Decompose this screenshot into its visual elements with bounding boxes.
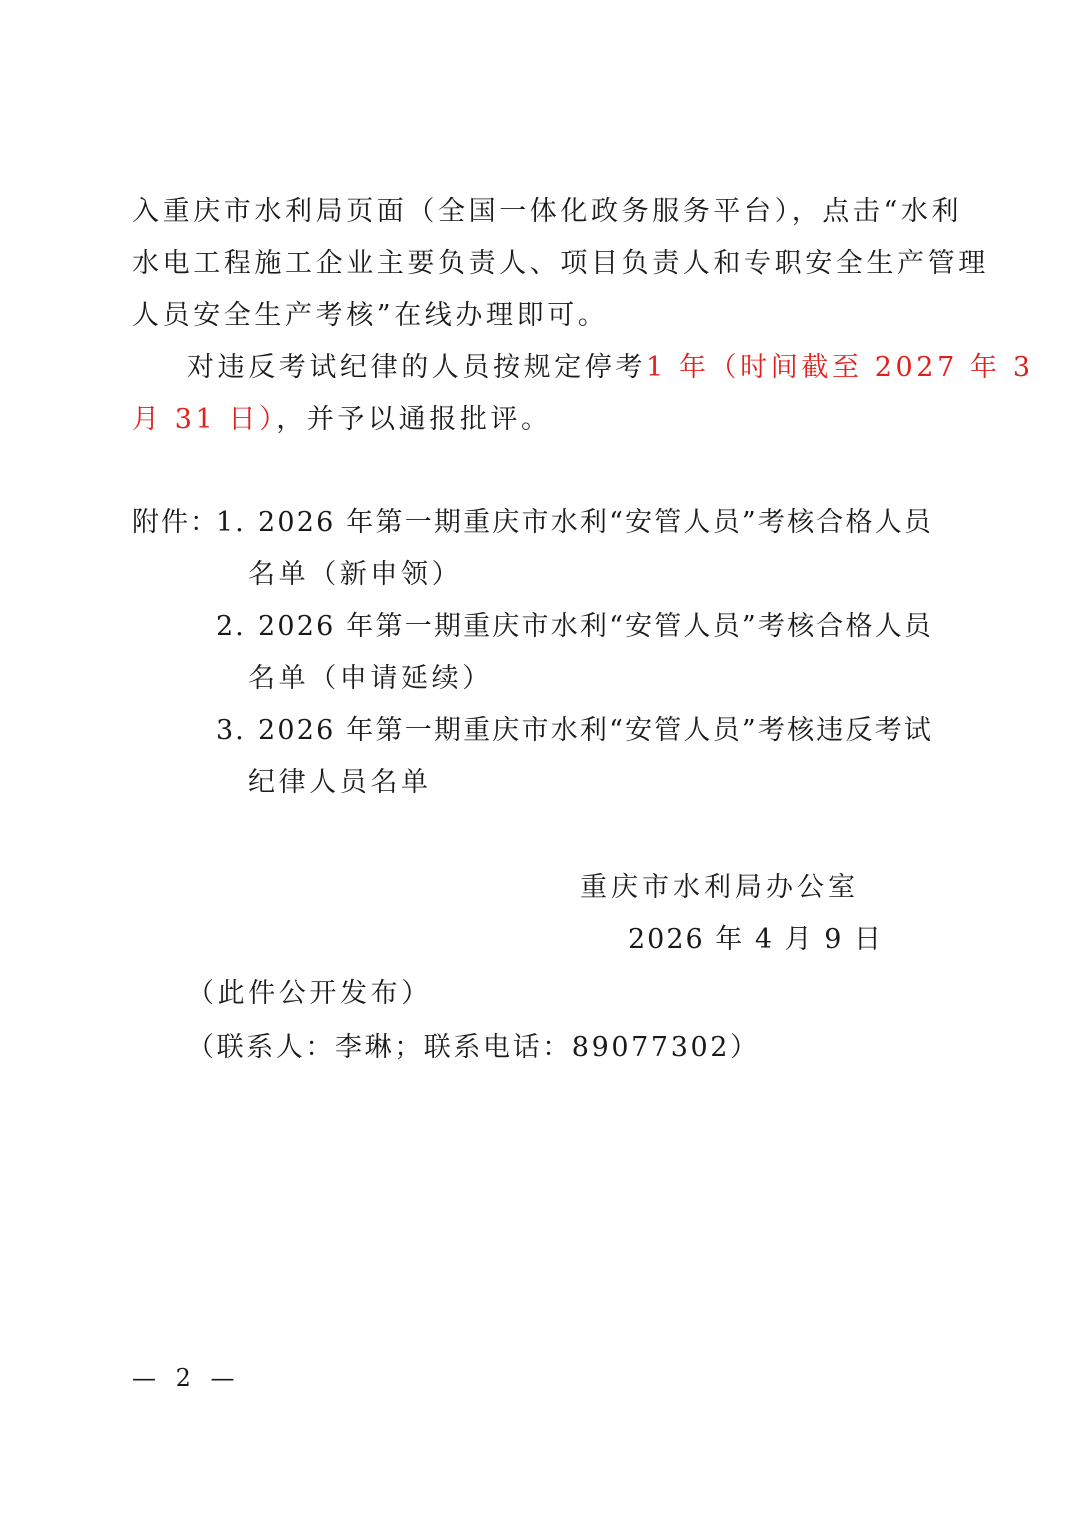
paragraph1-line3: 人员安全生产考核”在线办理即可。 — [132, 298, 608, 334]
attachment-2-number: 2. — [216, 609, 246, 645]
criticism-text: ，并予以通报批评。 — [276, 404, 551, 435]
attachment-2-title[interactable]: 2026 年第一期重庆市水利“安管人员”考核合格人员 — [258, 609, 933, 645]
paragraph1-line2: 水电工程施工企业主要负责人、项目负责人和专职安全生产管理 — [132, 246, 989, 282]
contact-note: （联系人：李琳；联系电话：89077302） — [187, 1030, 760, 1066]
document-page: 入重庆市水利局页面（全国一体化政务服务平台），点击“水利 水电工程施工企业主要负… — [0, 0, 1069, 1520]
suspension-date-highlight: 月 31 日） — [132, 404, 276, 435]
publish-note: （此件公开发布） — [187, 976, 432, 1012]
attachment-1-number: 1. — [216, 505, 246, 541]
attachment-1-title[interactable]: 2026 年第一期重庆市水利“安管人员”考核合格人员 — [258, 505, 933, 541]
attachment-3-number: 3. — [216, 713, 246, 749]
attachment-2-title-cont[interactable]: 名单（申请延续） — [248, 661, 493, 697]
page-number: — 2 — — [132, 1364, 241, 1392]
signature-org: 重庆市水利局办公室 — [580, 870, 859, 906]
attachment-1-title-cont[interactable]: 名单（新申领） — [248, 557, 462, 593]
suspension-rule-text: 对违反考试纪律的人员按规定停考 — [187, 352, 646, 383]
signature-date: 2026 年 4 月 9 日 — [628, 922, 883, 958]
suspension-period-highlight: 1 年（时间截至 2027 年 3 — [646, 352, 1034, 383]
attachment-3-title-cont[interactable]: 纪律人员名单 — [248, 765, 432, 801]
paragraph1-line1: 入重庆市水利局页面（全国一体化政务服务平台），点击“水利 — [132, 194, 962, 230]
paragraph2-line2: 月 31 日），并予以通报批评。 — [132, 402, 552, 438]
attachments-label: 附件： — [132, 505, 219, 541]
attachment-3-title[interactable]: 2026 年第一期重庆市水利“安管人员”考核违反考试 — [258, 713, 933, 749]
paragraph2-line1: 对违反考试纪律的人员按规定停考1 年（时间截至 2027 年 3 — [187, 350, 1034, 386]
